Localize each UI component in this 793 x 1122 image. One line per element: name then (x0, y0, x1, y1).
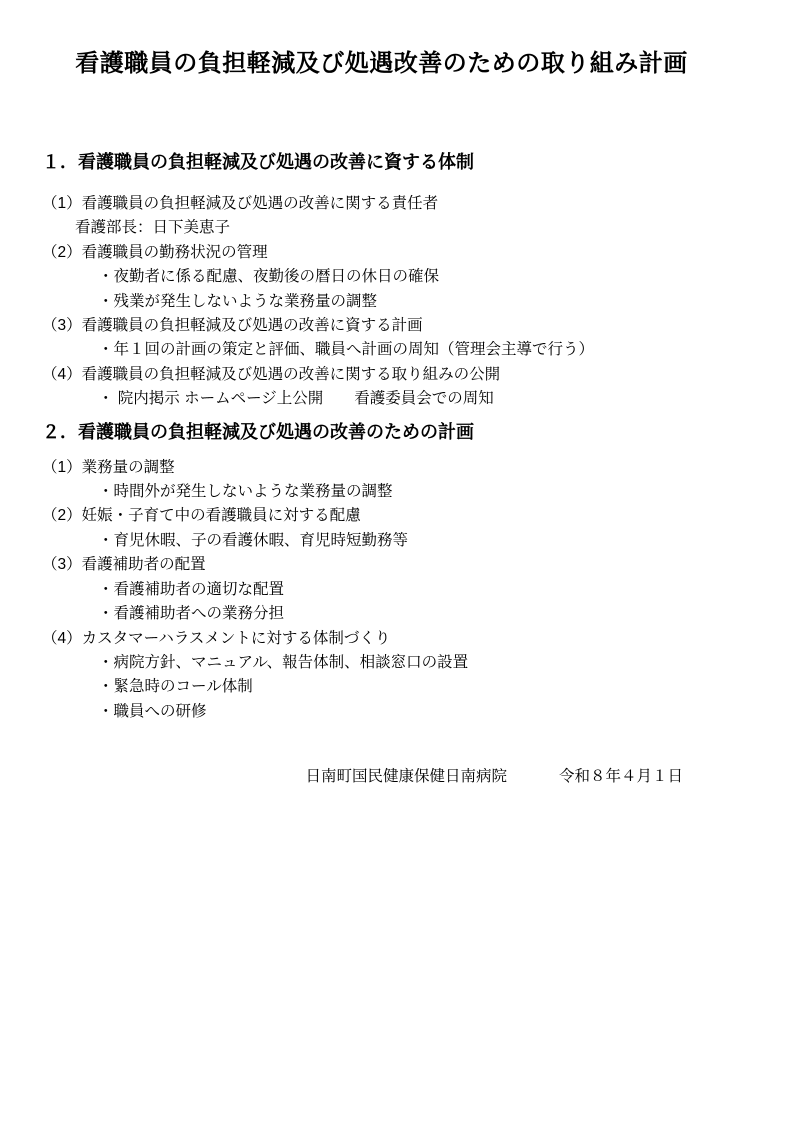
footer-date: 令和８年４月１日 (559, 765, 683, 789)
detail-line: ・看護補助者の適切な配置 (42, 578, 773, 602)
item-label: （3）看護補助者の配置 (42, 553, 773, 577)
list-item: （3）看護職員の負担軽減及び処遇の改善に資する計画 ・年１回の計画の策定と評価、… (42, 314, 773, 363)
section-2: ２．看護職員の負担軽減及び処遇の改善のための計画 （1）業務量の調整 ・時間外が… (42, 420, 773, 724)
section-2-heading: ２．看護職員の負担軽減及び処遇の改善のための計画 (42, 420, 773, 444)
list-item: （2）看護職員の勤務状況の管理 ・夜勤者に係る配慮、夜勤後の暦日の休日の確保 ・… (42, 241, 773, 314)
detail-line: ・夜勤者に係る配慮、夜勤後の暦日の休日の確保 (42, 265, 773, 289)
list-item: （4）カスタマーハラスメントに対する体制づくり ・病院方針、マニュアル、報告体制… (42, 627, 773, 725)
section-1-items: （1）看護職員の負担軽減及び処遇の改善に関する責任者 看護部長：日下美恵子 （2… (42, 192, 773, 412)
detail-line: ・職員への研修 (42, 700, 773, 724)
footer-organization: 日南町国民健康保健日南病院 (305, 765, 507, 789)
detail-line: ・緊急時のコール体制 (42, 675, 773, 699)
detail-line: ・育児休暇、子の看護休暇、育児時短勤務等 (42, 529, 773, 553)
item-label: （2）妊娠・子育て中の看護職員に対する配慮 (42, 504, 773, 528)
detail-line: ・看護補助者への業務分担 (42, 602, 773, 626)
section-1: １．看護職員の負担軽減及び処遇の改善に資する体制 （1）看護職員の負担軽減及び処… (42, 150, 773, 412)
footer: 日南町国民健康保健日南病院 令和８年４月１日 (0, 765, 793, 789)
item-label: （4）看護職員の負担軽減及び処遇の改善に関する取り組みの公開 (42, 363, 773, 387)
list-item: （2）妊娠・子育て中の看護職員に対する配慮 ・育児休暇、子の看護休暇、育児時短勤… (42, 504, 773, 553)
item-label: （1）看護職員の負担軽減及び処遇の改善に関する責任者 (42, 192, 773, 216)
item-label: （1）業務量の調整 (42, 456, 773, 480)
list-item: （3）看護補助者の配置 ・看護補助者の適切な配置 ・看護補助者への業務分担 (42, 553, 773, 626)
list-item: （1）業務量の調整 ・時間外が発生しないような業務量の調整 (42, 456, 773, 505)
list-item: （4）看護職員の負担軽減及び処遇の改善に関する取り組みの公開 ・ 院内掲示 ホー… (42, 363, 773, 412)
detail-line: 看護部長：日下美恵子 (42, 216, 773, 240)
detail-line: ・残業が発生しないような業務量の調整 (42, 290, 773, 314)
item-label: （3）看護職員の負担軽減及び処遇の改善に資する計画 (42, 314, 773, 338)
item-label: （2）看護職員の勤務状況の管理 (42, 241, 773, 265)
section-1-heading: １．看護職員の負担軽減及び処遇の改善に資する体制 (42, 150, 773, 174)
item-label: （4）カスタマーハラスメントに対する体制づくり (42, 627, 773, 651)
list-item: （1）看護職員の負担軽減及び処遇の改善に関する責任者 看護部長：日下美恵子 (42, 192, 773, 241)
document-title: 看護職員の負担軽減及び処遇改善のための取り組み計画 (10, 48, 753, 80)
detail-line: ・ 院内掲示 ホームページ上公開 看護委員会での周知 (42, 387, 773, 411)
detail-line: ・年１回の計画の策定と評価、職員へ計画の周知（管理会主導で行う） (42, 338, 773, 362)
detail-line: ・病院方針、マニュアル、報告体制、相談窓口の設置 (42, 651, 773, 675)
document-page: 看護職員の負担軽減及び処遇改善のための取り組み計画 １．看護職員の負担軽減及び処… (0, 0, 793, 1122)
section-2-items: （1）業務量の調整 ・時間外が発生しないような業務量の調整 （2）妊娠・子育て中… (42, 456, 773, 724)
detail-line: ・時間外が発生しないような業務量の調整 (42, 480, 773, 504)
